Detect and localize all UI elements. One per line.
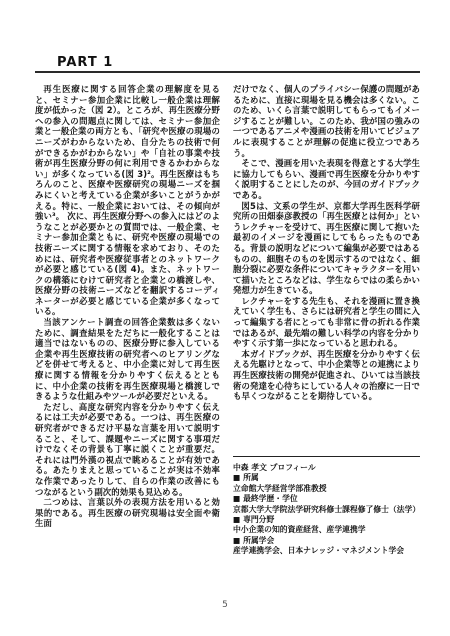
profile-value-education: 京都大学大学院法学研究科修士課程修了修士（法学） [233, 505, 420, 515]
profile-label-societies: ■ 所属学会 [233, 536, 420, 546]
document-page: PART 1 再生医療に関する回答企業の理解度を見ると、セミナー参加企業に比較し… [0, 0, 450, 636]
profile-label-affiliation: ■ 所属 [233, 473, 420, 483]
profile-name: 中森 孝文 プロフィール [233, 463, 420, 473]
body-paragraph: 二つめは、言葉以外の表現方法を用いると効果的である。再生医療の研究現場は安全面や… [35, 497, 220, 529]
profile-label-specialty: ■ 専門分野 [233, 515, 420, 525]
body-paragraph: そこで、漫画を用いた表現を得意とする大学生に協力してもらい、漫画で再生医療を分か… [233, 158, 420, 200]
body-paragraph: 当該アンケート調査の回答企業数は多くないために、調査結果をただちに一般化すること… [35, 317, 220, 402]
page-number: 5 [0, 600, 450, 610]
profile-value-societies: 産学連携学会、日本ナレッジ・マネジメント学会 [233, 546, 420, 556]
author-profile: 中森 孝文 プロフィール ■ 所属 立命館大学経営学部准教授 ■ 最終学歴・学位… [233, 456, 420, 557]
body-paragraph: 再生医療に関する回答企業の理解度を見ると、セミナー参加企業に比較し一般企業は理解… [35, 84, 220, 317]
body-paragraph: だけでなく、個人のプライバシー保護の問題があるために、直接に現場を見る機会は多く… [233, 84, 420, 158]
body-paragraph: 図5は、文系の学生が、京都大学再生医科学研究所の田畑泰彦教授の「再生医療とは何か… [233, 201, 420, 296]
body-paragraph: 本ガイドブックが、再生医療を分かりやすく伝える先駆けとなって、中小企業等との連携… [233, 349, 420, 402]
body-paragraph: レクチャーをする先生も、それを漫画に置き換えていく学生も、さらには研究者と学生の… [233, 296, 420, 349]
right-column: だけでなく、個人のプライバシー保護の問題があるために、直接に現場を見る機会は多く… [233, 84, 420, 402]
profile-label-education: ■ 最終学歴・学位 [233, 494, 420, 504]
part-heading: PART 1 [57, 55, 113, 70]
profile-value-affiliation: 立命館大学経営学部准教授 [233, 484, 420, 494]
profile-value-specialty: 中小企業の知的資産経営、産学連携学 [233, 525, 420, 535]
body-paragraph: ただし、高度な研究内容を分かりやすく伝えるには工夫が必要である。一つは、再生医療… [35, 402, 220, 497]
left-column: 再生医療に関する回答企業の理解度を見ると、セミナー参加企業に比較し一般企業は理解… [35, 84, 220, 529]
heading-rule [35, 71, 420, 73]
